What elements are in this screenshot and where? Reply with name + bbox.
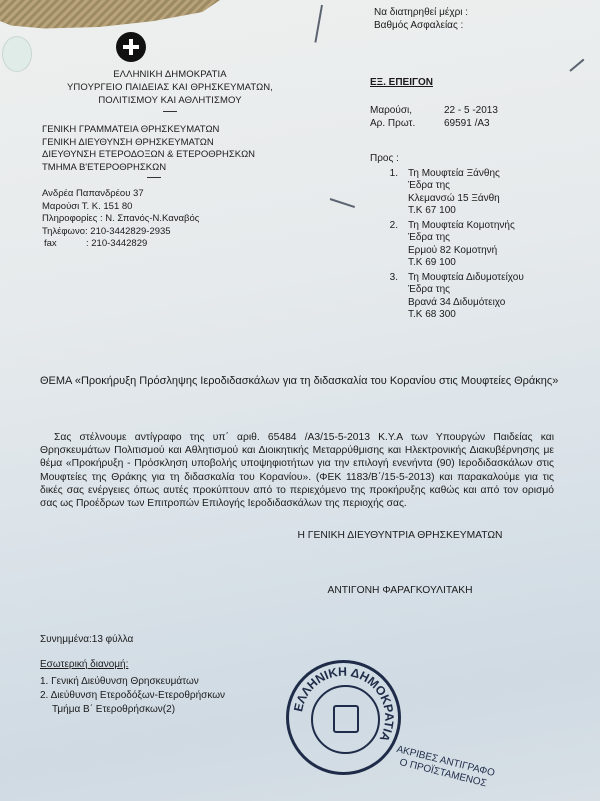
contact-row: fax: 210-3442829 (42, 238, 199, 251)
date-protocol-block: Μαρούσι,22 - 5 -2013 Αρ. Πρωτ.69591 /Α3 (370, 104, 498, 130)
attachments-note: Συνημμένα:13 φύλλα (40, 634, 133, 645)
contact-row: Τηλέφωνο: 210-3442829-2935 (42, 226, 199, 239)
divider (147, 177, 161, 178)
department-line: ΓΕΝΙΚΗ ΔΙΕΥΘΥΝΣΗ ΘΡΗΣΚΕΥΜΑΤΩΝ (42, 137, 255, 150)
divider (163, 111, 177, 112)
security-level-label: Βαθμός Ασφαλείας : (374, 19, 468, 32)
document-date: 22 - 5 -2013 (444, 104, 498, 117)
urgent-label: ΕΞ. ΕΠΕΙΓΟΝ (370, 77, 433, 88)
stamp-crest-icon (333, 705, 359, 733)
pen-tick-mark (330, 198, 355, 208)
retain-until-label: Να διατηρηθεί μέχρι : (374, 6, 468, 19)
retention-block: Να διατηρηθεί μέχρι : Βαθμός Ασφαλείας : (374, 6, 468, 32)
body-paragraph: Σας στέλνουμε αντίγραφο της υπ΄ αριθ. 65… (40, 431, 554, 510)
recipient-item: 2. Τη Μουφτεία Κομοτηνής Έδρα της Ερμού … (370, 220, 524, 270)
internal-distribution-title: Εσωτερική διανομή: (40, 658, 225, 672)
subject-line: ΘΕΜΑ «Προκήρυξη Πρόσληψης Ιεροδιδασκάλων… (40, 375, 560, 387)
ministry-header: ΕΛΛΗΝΙΚΗ ΔΗΜΟΚΡΑΤΙΑ ΥΠΟΥΡΓΕΙΟ ΠΑΙΔΕΙΑΣ Κ… (40, 68, 300, 116)
contact-block: Ανδρέα Παπανδρέου 37 Μαρούσι Τ. Κ. 151 8… (42, 188, 199, 251)
distribution-item: Τμήμα Β΄ Ετεροθρήσκων(2) (40, 703, 225, 717)
recipient-item: 1. Τη Μουφτεία Ξάνθης Έδρα της Κλεμανσώ … (370, 168, 524, 218)
department-line: ΔΙΕΥΘΥΝΣΗ ΕΤΕΡΟΔΟΞΩΝ & ΕΤΕΡΟΘΡΗΣΚΩΝ (42, 149, 255, 162)
pen-tick-mark (314, 5, 323, 43)
recipients-block: Προς : 1. Τη Μουφτεία Ξάνθης Έδρα της Κλ… (370, 153, 524, 322)
letter-body: Σας στέλνουμε αντίγραφο της υπ΄ αριθ. 65… (40, 431, 554, 510)
distribution-item: 1. Γενική Διεύθυνση Θρησκευμάτων (40, 675, 225, 689)
address-line: Μαρούσι Τ. Κ. 151 80 (42, 201, 199, 214)
official-stamp: ΕΛΛΗΝΙΚΗ ΔΗΜΟΚΡΑΤΙΑ (286, 660, 401, 775)
certified-copy-note: ΑΚΡΙΒΕΣ ΑΝΤΙΓΡΑΦΟ Ο ΠΡΟΪΣΤΑΜΕΝΟΣ (392, 744, 496, 792)
header-line: ΠΟΛΙΤΙΣΜΟΥ ΚΑΙ ΑΘΛΗΤΙΣΜΟΥ (40, 94, 300, 107)
recipients-label: Προς : (370, 153, 524, 166)
address-line: Ανδρέα Παπανδρέου 37 (42, 188, 199, 201)
greek-coat-of-arms-icon (116, 32, 146, 62)
torn-paper-edge (0, 0, 220, 30)
contact-row: Πληροφορίες : Ν. Σπανός-Ν.Καναβός (42, 213, 199, 226)
place-label: Μαρούσι, (370, 104, 444, 117)
header-line: ΥΠΟΥΡΓΕΙΟ ΠΑΙΔΕΙΑΣ ΚΑΙ ΘΡΗΣΚΕΥΜΑΤΩΝ, (40, 81, 300, 94)
signatory-name: ΑΝΤΙΓΟΝΗ ΦΑΡΑΓΚΟΥΛΙΤΑΚΗ (250, 585, 550, 596)
department-block: ΓΕΝΙΚΗ ΓΡΑΜΜΑΤΕΙΑ ΘΡΗΣΚΕΥΜΑΤΩΝ ΓΕΝΙΚΗ ΔΙ… (42, 124, 255, 181)
department-line: ΓΕΝΙΚΗ ΓΡΑΜΜΑΤΕΙΑ ΘΡΗΣΚΕΥΜΑΤΩΝ (42, 124, 255, 137)
pen-tick-mark (569, 59, 584, 72)
internal-distribution: Εσωτερική διανομή: 1. Γενική Διεύθυνση Θ… (40, 658, 225, 717)
header-line: ΕΛΛΗΝΙΚΗ ΔΗΜΟΚΡΑΤΙΑ (40, 68, 300, 81)
signatory-title: Η ΓΕΝΙΚΗ ΔΙΕΥΘΥΝΤΡΙΑ ΘΡΗΣΚΕΥΜΑΤΩΝ (250, 530, 550, 541)
protocol-label: Αρ. Πρωτ. (370, 117, 444, 130)
recipient-item: 3. Τη Μουφτεία Διδυμοτείχου Έδρα της Βρα… (370, 272, 524, 322)
department-line: ΤΜΗΜΑ Β'ΕΤΕΡΟΘΡΗΣΚΩΝ (42, 162, 255, 175)
tape-mark (2, 36, 32, 72)
distribution-item: 2. Διεύθυνση Ετεροδόξων-Ετεροθρήσκων (40, 689, 225, 703)
protocol-number: 69591 /Α3 (444, 117, 490, 130)
